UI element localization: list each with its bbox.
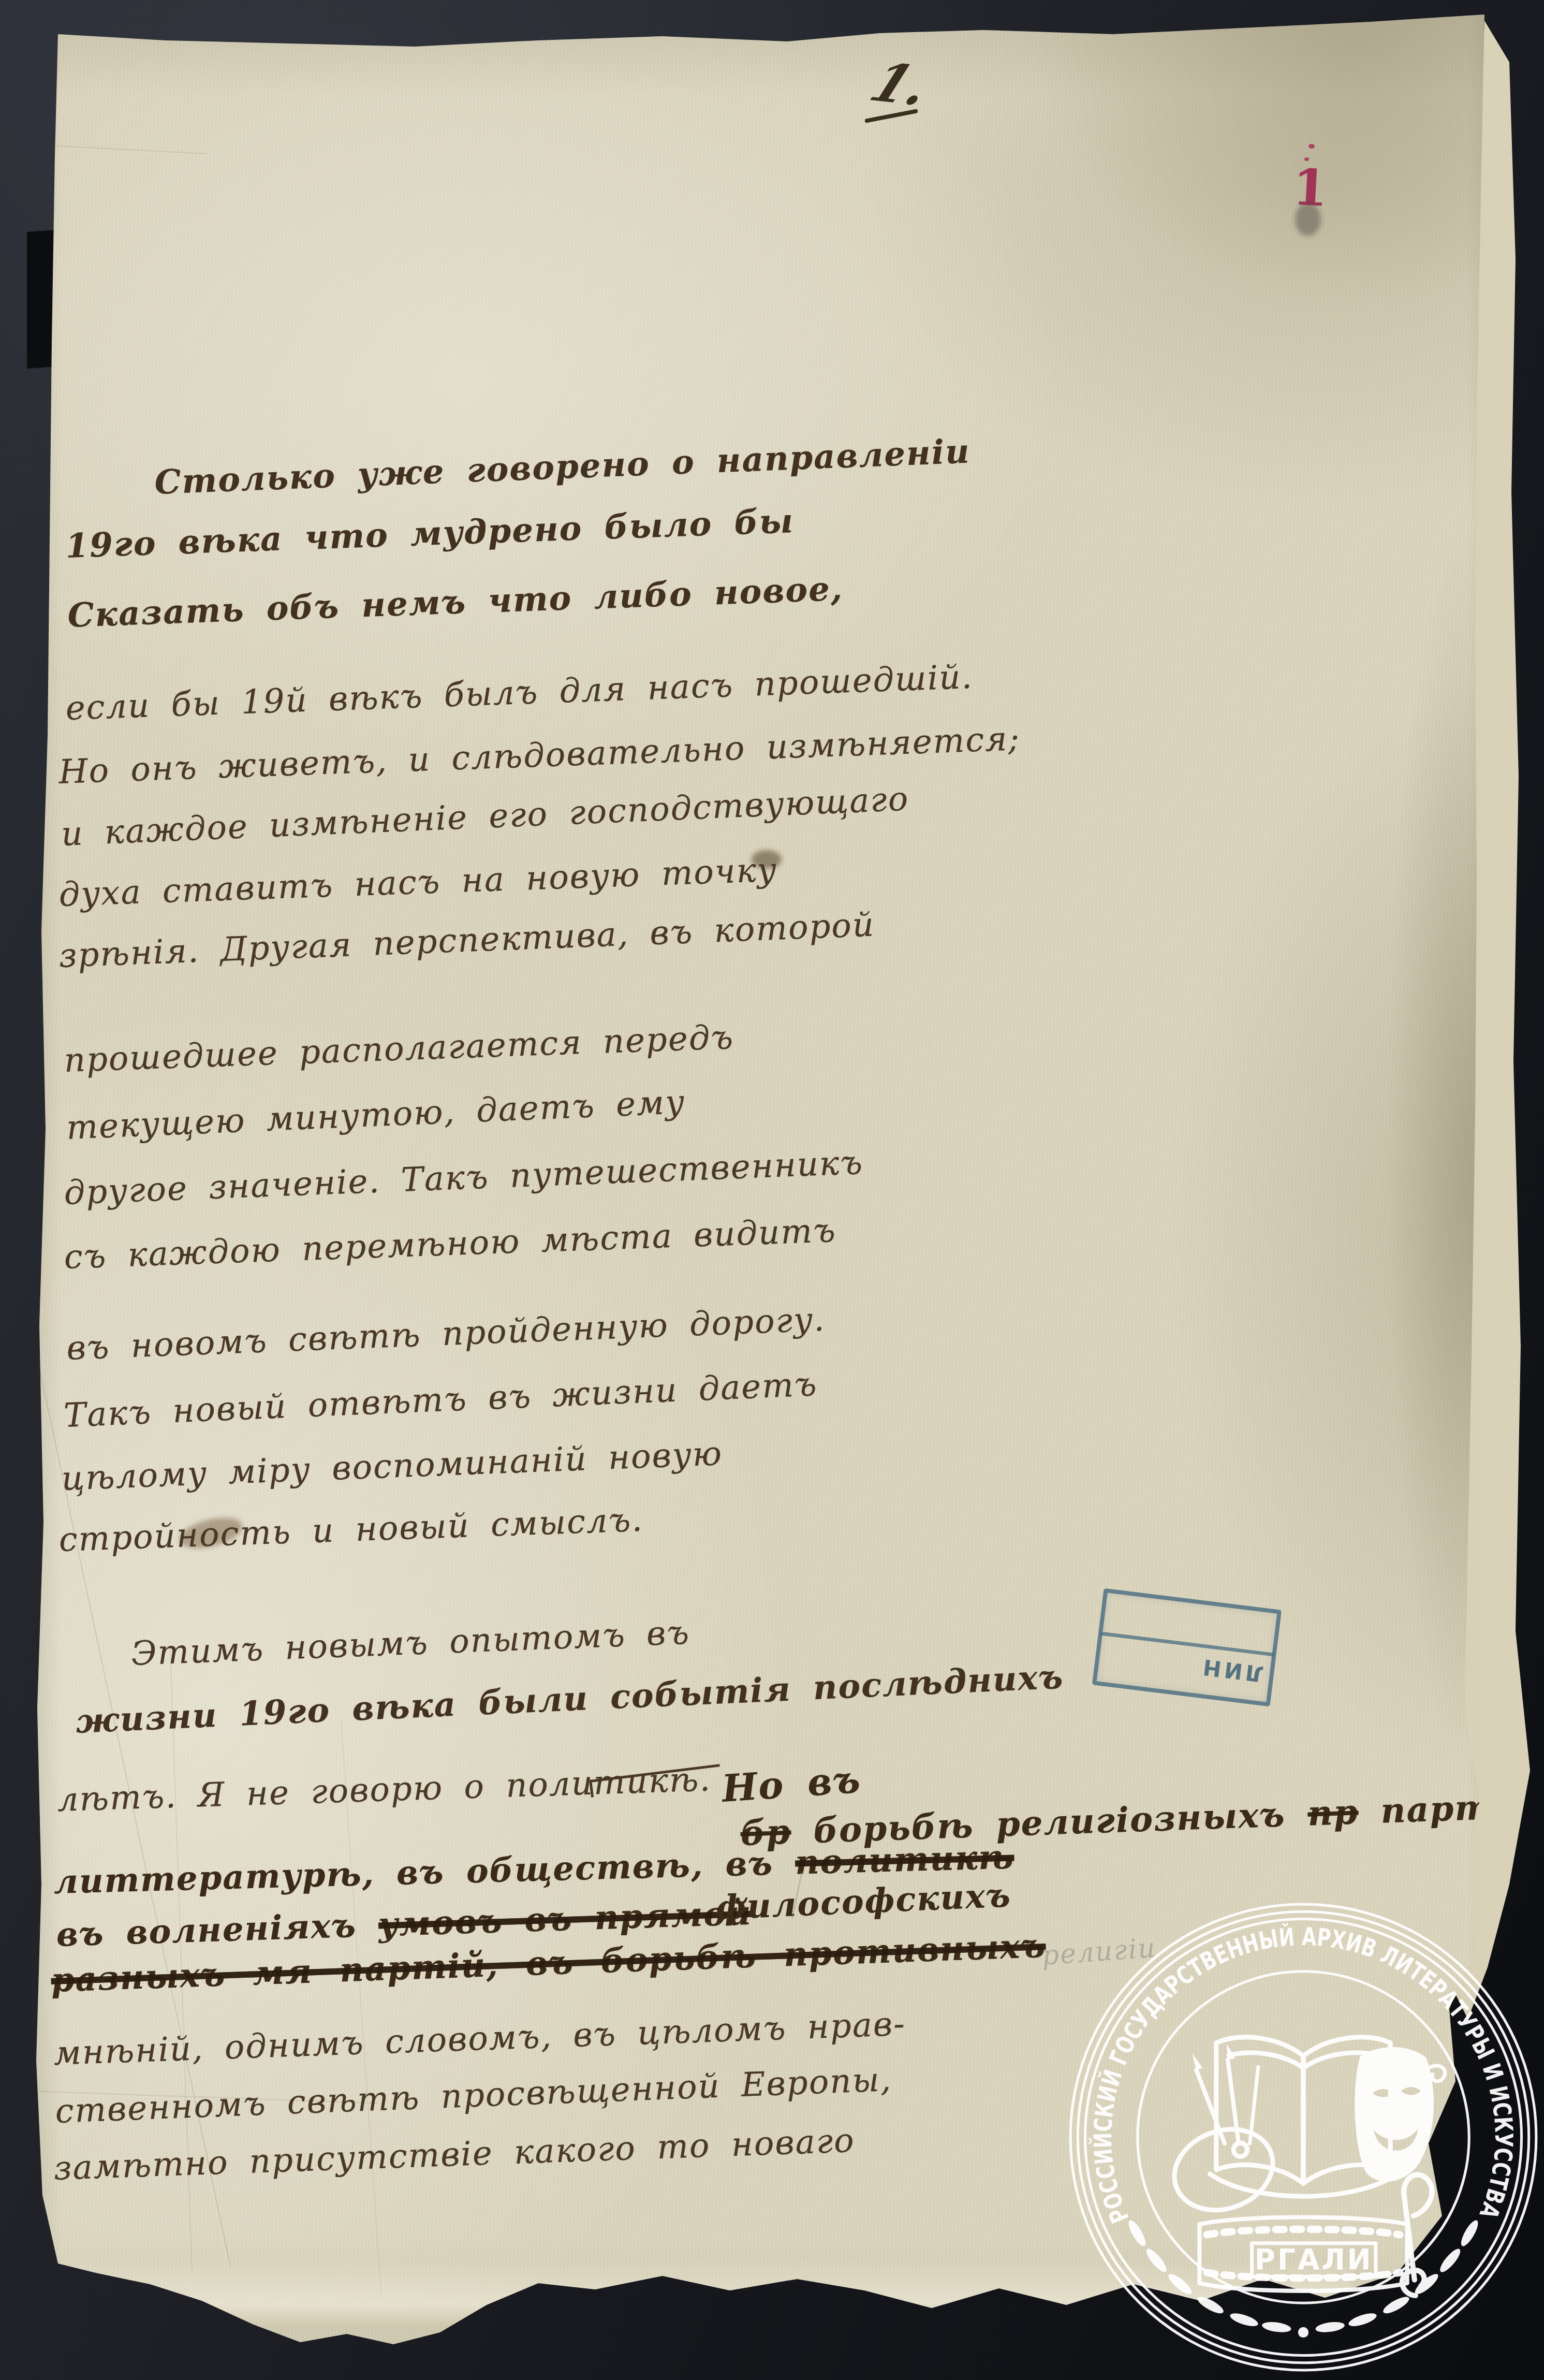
manuscript-line: мнѣній, однимъ словомъ, въ цѣломъ нрав- [53,2005,906,2073]
struck-word: политикѣ [795,1837,1014,1882]
manuscript-line: духа ставитъ насъ на новую точку [58,851,778,914]
red-page-number-stamp: 1 [1291,157,1329,217]
manuscript-line: замѣтно присутствіе какого то новаго [53,2122,855,2188]
manuscript-line: другое значеніе. Такъ путешественникъ [63,1144,864,1213]
folio-number: 1. [862,51,940,118]
manuscript-line: лѣтъ. Я не говорю о политикѣ. [57,1760,712,1819]
manuscript-line: ственномъ свѣтѣ просвѣщенной Европы, [54,2061,892,2131]
manuscript-line: въ новомъ свѣтѣ пройденную дорогу. [66,1301,826,1368]
stamp-divider-line [1100,1631,1274,1656]
stamp-text: ЛИН [1199,1654,1265,1687]
struck-word: умовъ въ прямой [378,1894,753,1945]
binding-tab [27,230,56,369]
line-text: въ волненіяхъ [56,1906,357,1954]
manuscript-line: если бы 19й вѣкъ былъ для насъ прошедшій… [65,658,974,728]
red-ink-speck [1308,144,1315,149]
manuscript-line: текущею минутою, даетъ ему [66,1083,686,1147]
manuscript-line: цѣлому міру воспоминаній новую [61,1435,723,1498]
manuscript-line: и каждое измѣненіе его господствующаго [61,780,910,854]
manuscript-line: стройность и новый смыслъ. [58,1501,643,1559]
film-sprocket-holes [1207,2229,1400,2235]
red-ink-speck [1304,157,1309,161]
manuscript-line: съ каждою перемѣною мѣста видитъ [63,1211,836,1277]
manuscript-line: Столько уже говорено о направленіи [154,432,971,502]
manuscript-scan: { "stamps": { "folio_number": "1.", "red… [0,0,1544,2380]
brush-tip [1192,2053,1202,2070]
book-page-line [1229,2053,1303,2068]
rgali-acronym: РГАЛИ [1255,2243,1373,2276]
struck-word: пр [1307,1791,1359,1833]
brush-tip [1227,2044,1235,2060]
archive-reference-stamp: ЛИН [1092,1588,1282,1707]
rgali-watermark: РОССИЙСКИЙ ГОСУДАРСТВЕННЫЙ АРХИВ ЛИТЕРАТ… [1067,1901,1539,2373]
manuscript-line: Такъ новый отвѣтъ въ жизни даетъ [63,1365,818,1435]
paper-crease [52,145,207,155]
manuscript-line: Этимъ новымъ опытомъ въ [130,1614,690,1673]
manuscript-line: жизни 19го вѣка были событія послѣднихъ [75,1657,1065,1741]
manuscript-inline-correction: Но въ [720,1757,862,1810]
manuscript-line: философскихъ [715,1876,1012,1928]
manuscript-line: зрѣнія. Другая перспектива, въ которой [58,906,875,975]
palette-thumb-hole [1233,2143,1247,2156]
manuscript-line: прошедшее располагается передъ [63,1018,734,1080]
manuscript-line: 19го вѣка что мудрено было бы [65,502,795,566]
line-text: литтературѣ, въ обществѣ, въ [53,1844,774,1902]
manuscript-line: Сказать объ немъ что либо новое, [67,570,844,635]
